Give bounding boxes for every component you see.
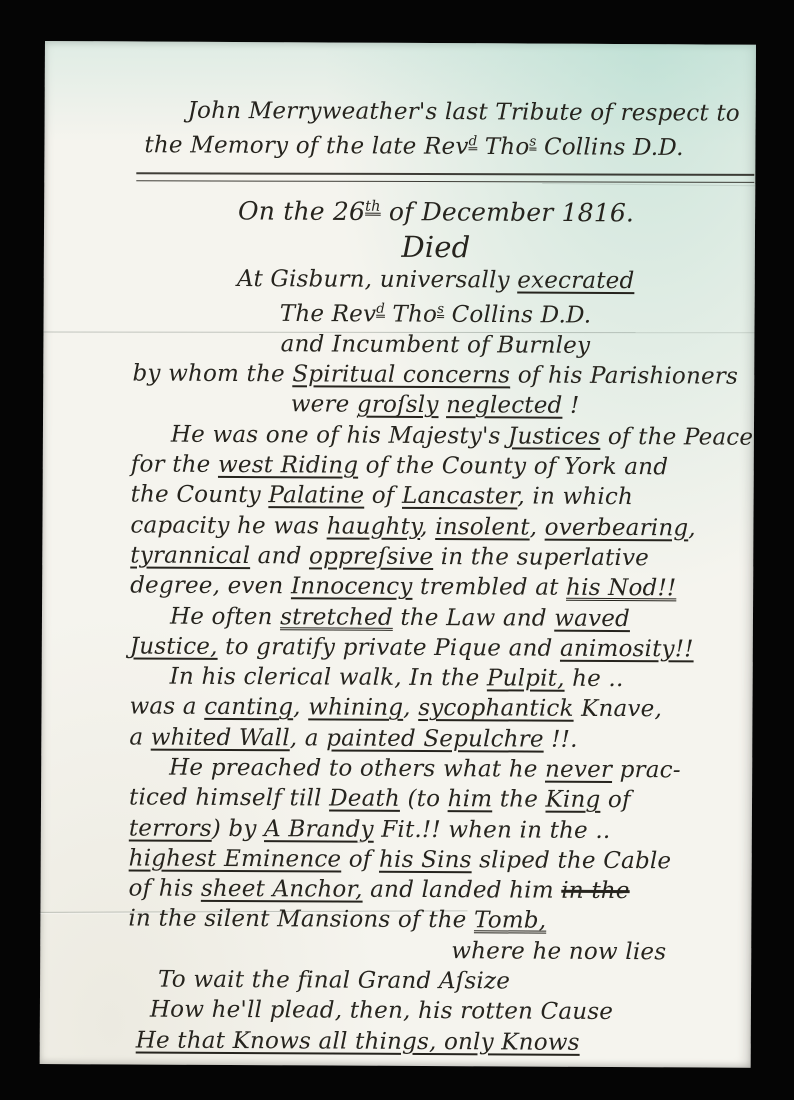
text-segment: Pulpit, [487,665,565,691]
text-segment: How he'll plead, then, his rotten Cause [150,997,613,1025]
text-segment: Justice, [130,633,218,659]
text-segment: of his Parishioners [510,363,738,390]
manuscript-line: He was one of his Majesty's Justices of … [131,419,739,452]
manuscript-line: degree, even Innocency trembled at his N… [130,571,738,604]
text-segment: s [437,302,444,317]
manuscript-page: John Merryweather's last Tribute of resp… [40,41,756,1068]
text-segment: overbearing [545,514,689,541]
scan-background: John Merryweather's last Tribute of resp… [0,0,794,1100]
text-segment: (to [400,786,448,812]
text-segment: Knave, [574,696,662,722]
text-segment: was a [129,694,204,720]
text-segment: him [448,786,493,812]
text-segment: stretched [280,604,393,631]
text-segment: !!. [544,726,578,752]
manuscript-line: How he'll plead, then, his rotten Cause [128,995,736,1028]
text-segment: sycophantick [418,695,574,722]
text-segment: of his [128,876,200,902]
text-segment: a [129,724,151,750]
text-segment: capacity he was [130,512,326,539]
text-segment: , [403,695,418,721]
text-segment: painted Sepulchre [326,725,544,752]
manuscript-line: was a canting, whining, sycophantick Kna… [129,692,737,725]
text-segment: execrated [517,267,634,294]
text-segment: sheet Anchor, [201,876,363,903]
text-segment: groſsly [357,392,439,418]
text-segment: terrors [129,815,212,841]
text-segment: in the superlative [433,544,649,571]
text-segment: ticed himself till [129,785,329,812]
text-segment: haughty [327,513,421,539]
text-segment: and landed him [363,877,562,904]
text-segment: his Sins [379,847,472,873]
text-segment: To wait the final Grand Aſsize [158,967,510,995]
text-segment: A Brandy [264,816,374,843]
manuscript-line: ticed himself till Death (to him the Kin… [129,783,737,816]
manuscript-line: were groſsly neglected ! [131,389,739,422]
text-segment: He that Knows all things, only Knows [136,1027,580,1055]
text-segment: of the Peace [600,424,753,451]
text-segment: the Memory of the late Rev [144,132,468,160]
text-segment: The Rev [280,301,377,328]
text-segment: , [420,514,435,540]
text-segment: Collins D.D. [536,135,683,162]
text-segment: of [600,787,630,813]
text-segment: for the [131,451,218,477]
text-segment: canting [204,694,293,720]
text-segment: Spiritual concerns [292,361,510,388]
text-segment: in the silent Mansions of the [128,906,474,934]
text-segment: He was one of his Majesty's [171,421,508,449]
text-segment: At Gisburn, universally [237,266,517,293]
text-segment: ) by [212,815,264,841]
text-segment: in the [561,878,629,904]
manuscript-line: The Revd Thos Collins D.D. [131,293,739,331]
text-segment: Tho [477,134,529,160]
text-segment: of the County of York and [358,453,668,481]
text-segment: d [469,135,478,150]
text-segment: Collins D.D. [444,302,591,329]
text-segment: and [250,543,309,569]
text-segment: , [530,514,545,540]
text-segment: oppreſsive [309,543,433,570]
manuscript-line: He often stretched the Law and waved [130,601,738,634]
manuscript-line: highest Eminence of his Sins sliped the … [129,843,737,876]
text-segment: King [545,787,600,813]
text-segment: Innocency [291,573,413,600]
text-segment: trembled at [412,574,566,601]
text-segment: th [365,199,381,215]
text-segment: his Nod!! [566,575,676,602]
manuscript-line: where he now lies [128,934,736,967]
text-segment: of December 1816. [381,197,635,227]
manuscript-line: the County Palatine of Lancaster, in whi… [131,480,739,513]
text-segment: John Merryweather's last Tribute of resp… [188,98,740,127]
text-segment: On the 26 [238,197,365,227]
text-segment: Fit.!! when in the .. [374,816,611,843]
manuscript-line: tyrannical and oppreſsive in the superla… [130,540,738,573]
manuscript-line: Died [132,227,740,266]
document-lines: John Merryweather's last Tribute of resp… [128,95,741,1058]
text-segment: Tomb, [474,908,546,934]
text-segment: tyrannical [130,542,250,569]
text-segment: , [293,695,308,721]
text-segment: by whom the [132,361,292,388]
text-segment: whining [308,695,403,721]
text-segment: He preached to others what he [169,755,545,783]
manuscript-line: and Incumbent of Burnley [131,328,739,361]
text-segment: were [291,392,357,418]
manuscript-line: by whom the Spiritual concerns of his Pa… [131,359,739,392]
text-segment: , [688,515,696,541]
manuscript-line: In his clerical walk, In the Pulpit, he … [130,662,738,695]
text-segment: and Incumbent of Burnley [281,331,591,359]
text-segment: to gratify private Pique and [218,634,560,662]
manuscript-line: To wait the final Grand Aſsize [128,965,736,998]
text-segment: Death [329,786,400,812]
text-segment: highest Eminence [129,845,342,872]
text-segment: In his clerical walk, In the [170,664,487,692]
text-segment: insolent [435,514,530,540]
text-segment: never [545,757,612,783]
text-segment: degree, even [130,573,291,600]
text-segment: the [492,787,545,813]
manuscript-line: Justice, to gratify private Pique and an… [130,631,738,664]
manuscript-line: At Gisburn, universally execrated [132,263,740,296]
text-segment: neglected [446,393,563,420]
manuscript-line: of his sheet Anchor, and landed him in t… [128,874,736,907]
manuscript-line: He preached to others what he never prac… [129,752,737,785]
text-segment: Justices [508,423,600,449]
text-segment: sliped the Cable [472,847,672,874]
text-segment: where he now lies [451,938,666,965]
manuscript-line: He that Knows all things, only Knows [128,1025,736,1058]
text-segment: whited Wall [151,724,290,751]
text-segment: of [364,483,402,509]
text-segment: Palatine [268,482,364,509]
double-rule [136,173,754,184]
text-segment: west Riding [218,452,358,479]
manuscript-line: capacity he was haughty, insolent, overb… [130,510,738,543]
text-segment: Lancaster [402,483,517,510]
manuscript-line: terrors) by A Brandy Fit.!! when in the … [129,813,737,846]
text-segment: of [341,846,379,872]
text-segment: Died [401,229,470,263]
manuscript-line: for the west Riding of the County of Yor… [131,449,739,482]
text-segment: Tho [385,301,437,327]
manuscript-line: On the 26th of December 1816. [132,190,740,231]
text-segment [439,392,447,418]
text-segment: the Law and [393,604,555,631]
text-segment: ! [562,393,579,419]
text-segment: waved [554,605,630,631]
manuscript-line: in the silent Mansions of the Tomb, [128,904,736,937]
text-segment: prac- [612,757,681,783]
manuscript-line: the Memory of the late Revd Thos Collins… [132,126,740,164]
text-segment: he .. [565,666,624,692]
text-segment: the County [131,482,269,509]
text-segment: He often [170,603,280,630]
text-segment: animosity!! [560,636,694,663]
manuscript-line: a whited Wall, a painted Sepulchre !!. [129,722,737,755]
manuscript-line: John Merryweather's last Tribute of resp… [133,95,741,128]
text-segment: , a [290,725,327,751]
text-segment: , in which [517,484,633,511]
